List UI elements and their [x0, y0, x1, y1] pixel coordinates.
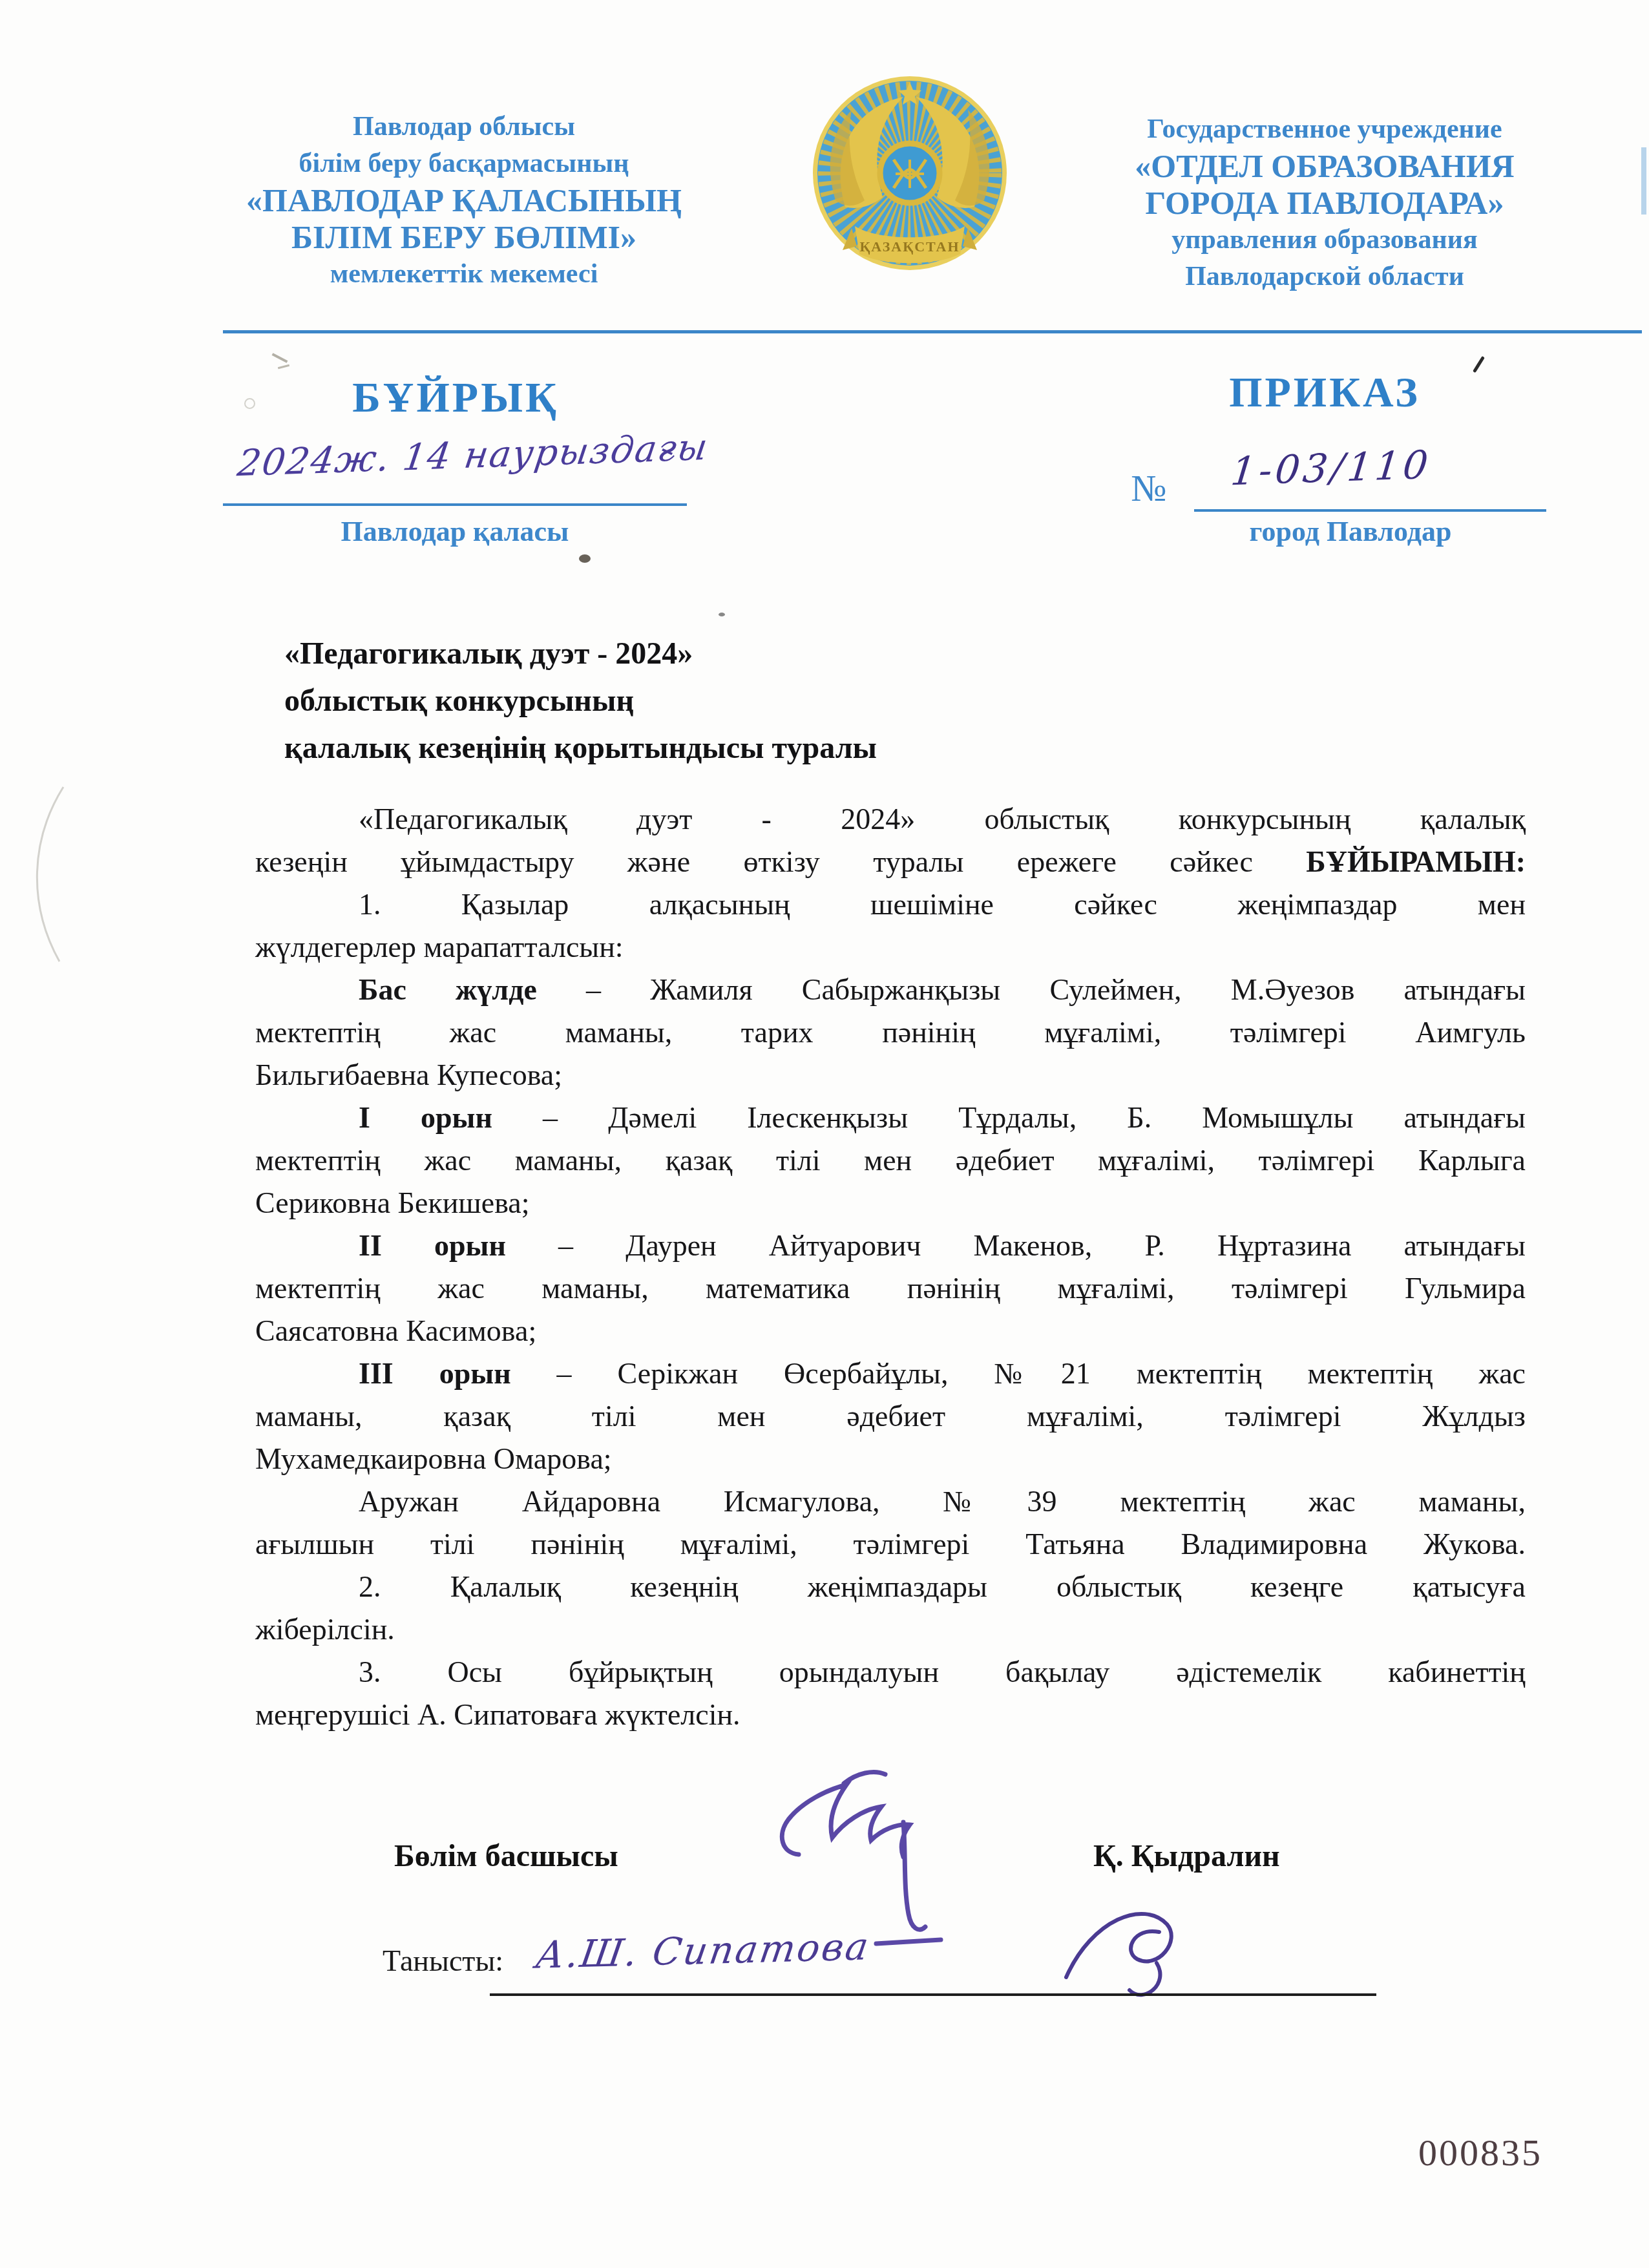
body-text: меңгерушісі А. Сипатоваға жүктелсін. — [255, 1698, 740, 1731]
number-sign: № — [1131, 467, 1166, 510]
body-text: Бильгибаевна Купесова; — [255, 1058, 562, 1091]
order-heading-russian: ПРИКАЗ — [1067, 368, 1582, 417]
body-line: меңгерушісі А. Сипатоваға жүктелсін. — [255, 1694, 1526, 1736]
issuer-block-russian: Государственное учреждение «ОТДЕЛ ОБРАЗО… — [1067, 111, 1582, 295]
number-underline — [1194, 509, 1546, 512]
body-text: 2. Қалалық кезеңнің жеңімпаздары облысты… — [359, 1570, 1526, 1603]
body-text: кезеңін ұйымдастыру және өткізу туралы е… — [255, 845, 1306, 878]
body-text: – Дәмелі Ілескенқызы Тұрдалы, Б. Момышұл… — [492, 1101, 1526, 1134]
body-line: мектептің жас маманы, тарих пәнінің мұға… — [255, 1011, 1526, 1054]
body-line: жүлдегерлер марапатталсын: — [255, 926, 1526, 969]
acquainted-signature — [1053, 1887, 1221, 2016]
body-bold-text: БҰЙЫРАМЫН: — [1306, 845, 1526, 878]
order-title-line: «Педагогикалық дуэт - 2024» — [284, 630, 877, 677]
body-text: мектептің жас маманы, тарих пәнінің мұға… — [255, 1016, 1526, 1049]
emblem-banner-text: ҚАЗАҚСТАН — [859, 238, 960, 255]
signer-position: Бөлім басшысы — [394, 1838, 618, 1874]
body-text: «Педагогикалық дуэт - 2024» облыстық кон… — [359, 803, 1526, 835]
pencil-mark — [244, 398, 255, 409]
handwritten-date: 2024ж. 14 наурыздағы — [235, 426, 732, 485]
body-text: Саясатовна Касимова; — [255, 1314, 536, 1347]
body-text: жүлдегерлер марапатталсын: — [255, 930, 624, 963]
issuer-block-kazakh: Павлодар облысы білім беру басқармасының… — [238, 109, 690, 293]
kazakhstan-coat-of-arms: ҚАЗАҚСТАН — [806, 65, 1013, 278]
body-line: кезеңін ұйымдастыру және өткізу туралы е… — [255, 841, 1526, 883]
acquainted-handwritten-name: А.Ш. Сипатова — [533, 1924, 873, 1977]
body-line: мектептің жас маманы, қазақ тілі мен әде… — [255, 1139, 1526, 1182]
body-line: Аружан Айдаровна Исмагулова, №39 мектепт… — [255, 1480, 1526, 1523]
body-text: Мухамедкаировна Омарова; — [255, 1442, 612, 1475]
place-russian: город Павлодар — [1166, 515, 1535, 548]
scan-fold-artifact — [18, 781, 76, 968]
issuer-ru-line: ГОРОДА ПАВЛОДАРА» — [1067, 185, 1582, 222]
body-line: II орын – Даурен Айтуарович Макенов, Р. … — [255, 1224, 1526, 1267]
form-serial-number: 000835 — [1418, 2131, 1542, 2174]
body-line: маманы, қазақ тілі мен әдебиет мұғалімі,… — [255, 1395, 1526, 1438]
body-bold-text: Бас жүлде — [359, 973, 537, 1006]
order-title: «Педагогикалық дуэт - 2024» облыстық кон… — [284, 630, 877, 772]
issuer-kk-line: білім беру басқармасының — [238, 145, 690, 182]
order-heading-kazakh: БҰЙРЫҚ — [223, 373, 688, 423]
issuer-kk-line: «ПАВЛОДАР ҚАЛАСЫНЫҢ — [238, 182, 690, 219]
body-bold-text: II орын — [359, 1229, 506, 1262]
body-line: Саясатовна Касимова; — [255, 1310, 1526, 1352]
scanned-order-document: Павлодар облысы білім беру басқармасының… — [0, 0, 1649, 2268]
body-text: – Даурен Айтуарович Макенов, Р. Нұртазин… — [506, 1229, 1526, 1262]
body-bold-text: III орын — [359, 1357, 511, 1390]
issuer-ru-line: управления образования — [1067, 222, 1582, 258]
date-underline — [223, 503, 687, 506]
body-text: мектептің жас маманы, математика пәнінің… — [255, 1272, 1526, 1305]
body-line: Мухамедкаировна Омарова; — [255, 1438, 1526, 1480]
issuer-kk-line: мемлекеттік мекемесі — [238, 256, 690, 293]
body-line: «Педагогикалық дуэт - 2024» облыстық кон… — [255, 798, 1526, 841]
body-text: 1. Қазылар алқасының шешіміне сәйкес жең… — [359, 888, 1526, 921]
issuer-kk-line: БІЛІМ БЕРУ БӨЛІМІ» — [238, 219, 690, 256]
pencil-mark — [272, 353, 288, 363]
order-body: «Педагогикалық дуэт - 2024» облыстық кон… — [255, 798, 1526, 1736]
body-text: Сериковна Бекишева; — [255, 1186, 530, 1219]
body-line: жіберілсін. — [255, 1608, 1526, 1651]
ink-smudge — [579, 554, 591, 563]
body-text: 3. Осы бұйрықтың орындалуын бақылау әдіс… — [359, 1655, 1526, 1688]
body-text: – Жамиля Сабыржанқызы Сулеймен, М.Әуезов… — [537, 973, 1526, 1006]
body-line: Бас жүлде – Жамиля Сабыржанқызы Сулеймен… — [255, 969, 1526, 1011]
body-line: Бильгибаевна Купесова; — [255, 1054, 1526, 1097]
pencil-mark — [278, 364, 289, 369]
handwritten-order-number: 1-03/110 — [1228, 442, 1433, 494]
body-line: мектептің жас маманы, математика пәнінің… — [255, 1267, 1526, 1310]
issuer-ru-line: «ОТДЕЛ ОБРАЗОВАНИЯ — [1067, 148, 1582, 185]
signer-name: Қ. Қыдралин — [1093, 1838, 1280, 1874]
order-title-line: қалалық кезеңінің қорытындысы туралы — [284, 724, 877, 772]
body-line: 3. Осы бұйрықтың орындалуын бақылау әдіс… — [255, 1651, 1526, 1694]
ink-speck — [719, 613, 725, 616]
body-text: мектептің жас маманы, қазақ тілі мен әде… — [255, 1144, 1526, 1177]
order-title-line: облыстық конкурсының — [284, 677, 877, 724]
body-line: 2. Қалалық кезеңнің жеңімпаздары облысты… — [255, 1566, 1526, 1608]
body-line: ағылшын тілі пәнінің мұғалімі, тәлімгері… — [255, 1523, 1526, 1566]
body-text: маманы, қазақ тілі мен әдебиет мұғалімі,… — [255, 1400, 1526, 1433]
letterhead-divider-line — [223, 330, 1642, 333]
scan-edge-artifact — [1641, 147, 1646, 215]
issuer-kk-line: Павлодар облысы — [238, 109, 690, 145]
body-line: Сериковна Бекишева; — [255, 1182, 1526, 1224]
place-kazakh: Павлодар қаласы — [223, 515, 687, 548]
body-line: 1. Қазылар алқасының шешіміне сәйкес жең… — [255, 883, 1526, 926]
body-bold-text: I орын — [359, 1101, 492, 1134]
issuer-ru-line: Государственное учреждение — [1067, 111, 1582, 148]
issuer-ru-line: Павлодарской области — [1067, 258, 1582, 295]
body-text: жіберілсін. — [255, 1613, 395, 1646]
body-text: Аружан Айдаровна Исмагулова, №39 мектепт… — [359, 1485, 1526, 1518]
body-text: – Серікжан Өсербайұлы, №21 мектептің мек… — [511, 1357, 1526, 1390]
body-line: III орын – Серікжан Өсербайұлы, №21 мект… — [255, 1352, 1526, 1395]
body-text: ағылшын тілі пәнінің мұғалімі, тәлімгері… — [255, 1528, 1526, 1560]
acquainted-label: Танысты: — [383, 1944, 503, 1978]
body-line: I орын – Дәмелі Ілескенқызы Тұрдалы, Б. … — [255, 1097, 1526, 1139]
acquainted-underline — [490, 1993, 1376, 1996]
